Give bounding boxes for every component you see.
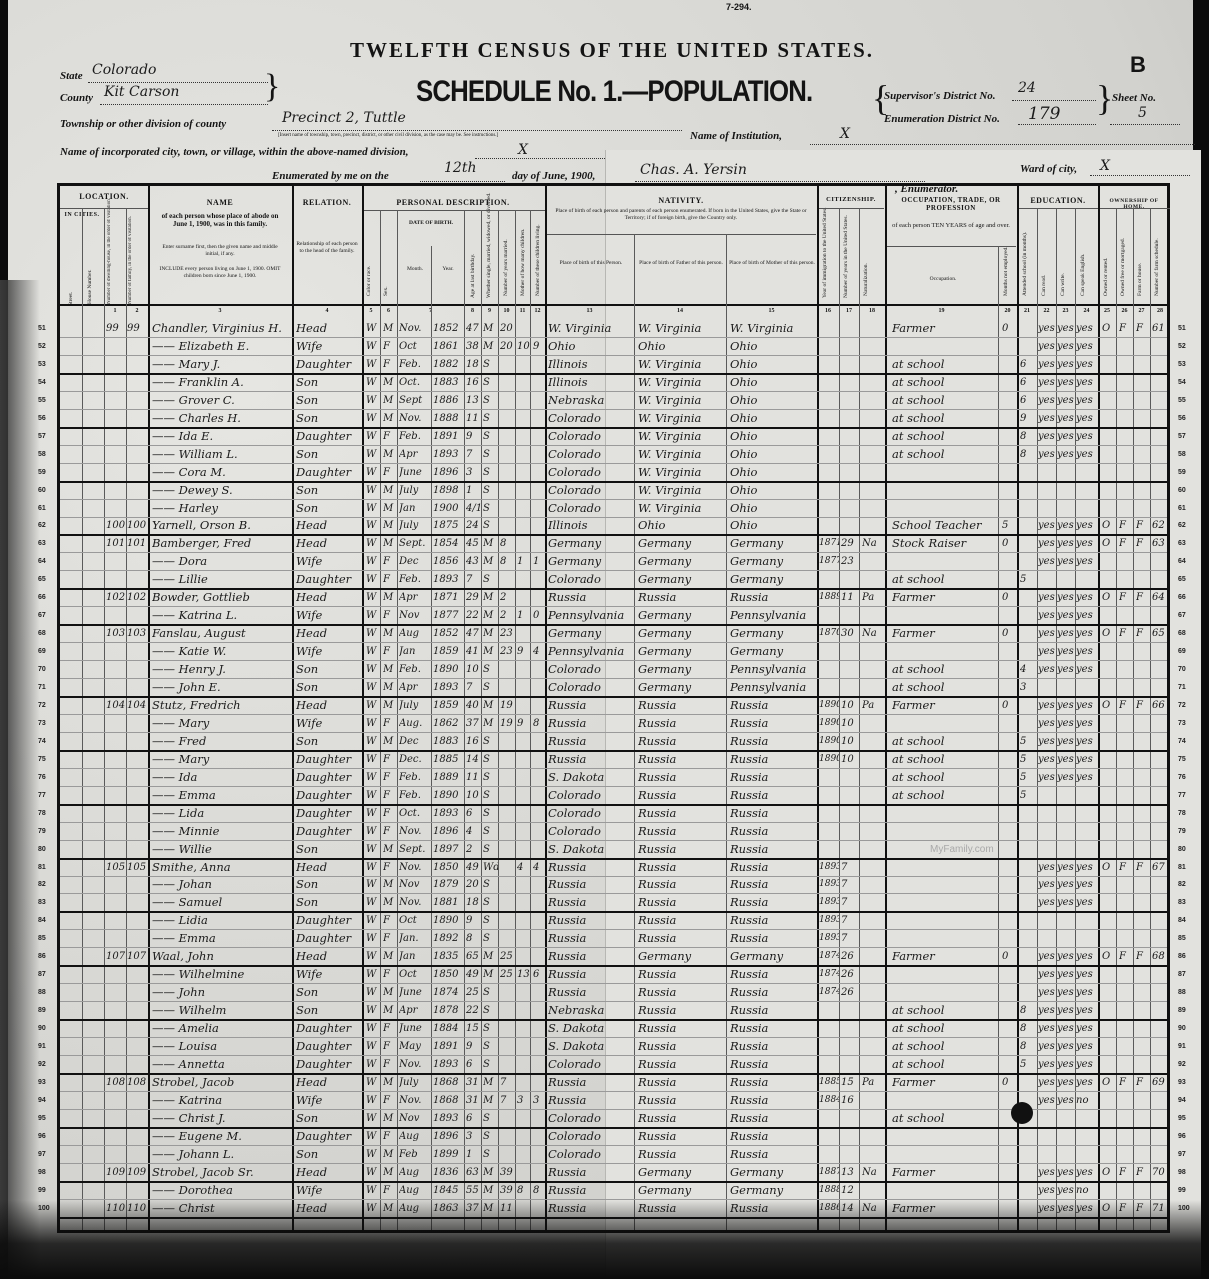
naturalization: [862, 679, 885, 696]
line-number: 85: [1178, 935, 1186, 942]
can-write: [1057, 912, 1075, 929]
can-write: yes: [1057, 1074, 1075, 1091]
line-number: 52: [38, 343, 46, 350]
birth-month: Aug: [399, 1164, 431, 1181]
can-speak-english: yes: [1076, 751, 1098, 768]
birthplace: Colorado: [548, 661, 634, 678]
dwelling-number: 105: [106, 859, 126, 876]
mother-of: [517, 356, 530, 373]
mother-of: [517, 1110, 530, 1127]
months-not-employed: [1002, 966, 1017, 983]
can-write: [1057, 841, 1075, 858]
mother-of: 8: [517, 1182, 530, 1199]
sex: F: [383, 912, 397, 929]
family-number: [127, 661, 148, 678]
mother-birthplace: Russia: [730, 1002, 816, 1019]
school-months: [1020, 1128, 1037, 1145]
age: 47: [466, 320, 481, 337]
marital-status: S: [483, 769, 498, 786]
line-number: 79: [38, 828, 46, 835]
mother-birthplace: Ohio: [730, 464, 816, 481]
birthplace: S. Dakota: [548, 841, 634, 858]
can-speak-english: yes: [1076, 859, 1098, 876]
line-number: 60: [1178, 487, 1186, 494]
county-value: Kit Carson: [104, 84, 179, 100]
free-or-mortgaged: F: [1119, 535, 1133, 552]
can-speak-english: [1076, 464, 1098, 481]
table-row: 105 105 Smithe, Anna Head W F Nov. 1850 …: [60, 859, 1167, 877]
table-row: —— Wilhelm Son W M Apr 1878 22 S Nebrask…: [60, 1002, 1167, 1021]
line-number: 72: [1178, 702, 1186, 709]
age: 65: [466, 948, 481, 965]
years-married: [500, 823, 515, 840]
farm-schedule-number: [1152, 500, 1170, 517]
dwelling-number: [106, 410, 126, 427]
father-birthplace: Russia: [638, 894, 726, 911]
birthplace: Nebraska: [548, 1002, 634, 1019]
farm-or-house: [1136, 751, 1150, 768]
months-not-employed: 0: [1002, 697, 1017, 714]
school-months: [1020, 823, 1037, 840]
age: 15: [466, 1020, 481, 1037]
institution-label: Name of Institution,: [690, 130, 782, 142]
relation: Wife: [296, 643, 362, 660]
line-number: 88: [1178, 989, 1186, 996]
mother-of: [517, 374, 530, 391]
mother-birthplace: Russia: [730, 589, 816, 606]
free-or-mortgaged: F: [1119, 859, 1133, 876]
years-in-us: 10: [841, 697, 859, 714]
education-divider: [1018, 208, 1170, 209]
can-speak-english: yes: [1076, 428, 1098, 445]
mother-of: [517, 1002, 530, 1019]
children-living: [533, 912, 545, 929]
farm-schedule-number: [1152, 374, 1170, 391]
person-name: —— Mary: [152, 751, 292, 768]
dwelling-number: [106, 428, 126, 445]
mother-of: [517, 751, 530, 768]
column-number: 24: [1075, 308, 1098, 314]
birth-year: 1854: [433, 535, 464, 552]
table-row: —— Louisa Daughter W F May 1891 9 S S. D…: [60, 1038, 1167, 1056]
father-birthplace: W. Virginia: [638, 500, 726, 517]
line-number: 56: [38, 415, 46, 422]
children-living: [533, 517, 545, 534]
sex: M: [383, 1110, 397, 1127]
line-number: 92: [1178, 1061, 1186, 1068]
column-number: 28: [1150, 308, 1170, 314]
marital-status: S: [483, 392, 498, 409]
birth-month: Feb: [399, 1146, 431, 1163]
birthplace: Nebraska: [548, 392, 634, 409]
scan-shadow: [0, 1200, 1209, 1279]
can-write: yes: [1057, 859, 1075, 876]
mother-of: [517, 769, 530, 786]
color: W: [366, 500, 380, 517]
immigration-year: 1888: [819, 1182, 839, 1199]
age: 31: [466, 1092, 481, 1109]
sex: M: [383, 482, 397, 499]
can-speak-english: yes: [1076, 1038, 1098, 1055]
birth-month: Nov: [399, 607, 431, 624]
children-living: [533, 661, 545, 678]
occupation: at school: [892, 410, 998, 427]
father-birthplace: Russia: [638, 751, 726, 768]
color: W: [366, 1128, 380, 1145]
children-living: [533, 733, 545, 750]
occupation: Farmer: [892, 948, 998, 965]
can-speak-english: [1076, 1146, 1098, 1163]
can-read: [1038, 1146, 1056, 1163]
population-table: LOCATION. IN CITIES. Street. House Numbe…: [57, 183, 1170, 1233]
age: 4/12: [466, 500, 481, 517]
dwelling-number: [106, 553, 126, 570]
mother-of: [517, 661, 530, 678]
farm-schedule-number: 68: [1152, 948, 1170, 965]
can-write: [1057, 823, 1075, 840]
can-write: [1057, 1110, 1075, 1127]
person-name: —— Amelia: [152, 1020, 292, 1037]
occupation: [892, 553, 998, 570]
birthplace: Colorado: [548, 823, 634, 840]
children-living: [533, 392, 545, 409]
mother-of: [517, 1038, 530, 1055]
sex: F: [383, 1038, 397, 1055]
birth-year: 1893: [433, 679, 464, 696]
can-speak-english: yes: [1076, 553, 1098, 570]
dwelling-number: 101: [106, 535, 126, 552]
birth-month: Jan: [399, 948, 431, 965]
age: 4: [466, 823, 481, 840]
birth-month: July: [399, 1074, 431, 1091]
can-write: [1057, 571, 1075, 588]
school-months: 8: [1020, 446, 1037, 463]
can-speak-english: yes: [1076, 374, 1098, 391]
person-name: —— Fred: [152, 733, 292, 750]
can-read: yes: [1038, 607, 1056, 624]
marital-status: S: [483, 374, 498, 391]
table-row: 104 104 Stutz, Fredrich Head W M July 18…: [60, 697, 1167, 715]
children-living: 9: [533, 338, 545, 355]
mother-of: 1: [517, 553, 530, 570]
person-name: —— Katrina L.: [152, 607, 292, 624]
sex: M: [383, 625, 397, 642]
farm-house-header: Farm or house.: [1137, 246, 1143, 296]
free-or-mortgaged: [1119, 1128, 1133, 1145]
age: 25: [466, 984, 481, 1001]
column-number: 25: [1098, 308, 1116, 314]
school-months: [1020, 338, 1037, 355]
farm-or-house: [1136, 643, 1150, 660]
person-name: Strobel, Jacob: [152, 1074, 292, 1091]
family-number: 104: [127, 697, 148, 714]
person-name: —— John: [152, 984, 292, 1001]
free-or-mortgaged: F: [1119, 320, 1133, 337]
months-not-employed: [1002, 661, 1017, 678]
dwelling-number: 109: [106, 1164, 126, 1181]
farm-schedule-number: [1152, 984, 1170, 1001]
supervisor-line: [1012, 100, 1096, 101]
owned-or-rented: [1102, 733, 1116, 750]
family-number: [127, 769, 148, 786]
free-or-mortgaged: [1119, 841, 1133, 858]
can-read: yes: [1038, 1092, 1056, 1109]
owned-or-rented: [1102, 392, 1116, 409]
age: 10: [466, 787, 481, 804]
farm-or-house: [1136, 1092, 1150, 1109]
marital-status: S: [483, 733, 498, 750]
birth-month: Oct: [399, 966, 431, 983]
enumerator-line: [635, 181, 925, 182]
person-name: —— William L.: [152, 446, 292, 463]
farm-or-house: [1136, 661, 1150, 678]
mother-of: 9: [517, 643, 530, 660]
birth-month: Feb.: [399, 787, 431, 804]
birthplace: Colorado: [548, 428, 634, 445]
birth-month: Oct: [399, 338, 431, 355]
dwelling-number: [106, 984, 126, 1001]
farm-or-house: [1136, 571, 1150, 588]
color: W: [366, 535, 380, 552]
birthplace: Colorado: [548, 1146, 634, 1163]
sex: F: [383, 805, 397, 822]
dwelling-number: [106, 1092, 126, 1109]
can-speak-english: yes: [1076, 876, 1098, 893]
owned-or-rented: [1102, 1128, 1116, 1145]
line-number: 77: [38, 792, 46, 799]
mother-birthplace: Russia: [730, 1146, 816, 1163]
institution-value: X: [840, 126, 850, 142]
marital-status: S: [483, 1128, 498, 1145]
school-months: [1020, 482, 1037, 499]
relation: Son: [296, 446, 362, 463]
years-married: 7: [500, 1074, 515, 1091]
months-not-employed: [1002, 428, 1017, 445]
mother-birthplace: Russia: [730, 1020, 816, 1037]
mother-of: [517, 392, 530, 409]
farm-schedule-number: 61: [1152, 320, 1170, 337]
line-number: 89: [1178, 1007, 1186, 1014]
free-or-mortgaged: [1119, 679, 1133, 696]
occupation: at school: [892, 571, 998, 588]
line-number: 81: [1178, 864, 1186, 871]
years-married: 2: [500, 607, 515, 624]
naturalization: [862, 446, 885, 463]
can-write: yes: [1057, 589, 1075, 606]
person-name: —— Lida: [152, 805, 292, 822]
marital-status: S: [483, 464, 498, 481]
color: W: [366, 733, 380, 750]
owned-or-rented: [1102, 500, 1116, 517]
farm-or-house: [1136, 733, 1150, 750]
years-married: [500, 571, 515, 588]
person-name: —— Franklin A.: [152, 374, 292, 391]
school-months: [1020, 697, 1037, 714]
can-speak-english: yes: [1076, 356, 1098, 373]
dwelling-number: [106, 733, 126, 750]
occupation: [892, 500, 998, 517]
occupation: [892, 876, 998, 893]
dwelling-number: 108: [106, 1074, 126, 1091]
sex: F: [383, 1182, 397, 1199]
children-living: 3: [533, 1092, 545, 1109]
column-number: 16: [817, 308, 839, 314]
person-name: Yarnell, Orson B.: [152, 517, 292, 534]
free-or-mortgaged: F: [1119, 948, 1133, 965]
family-number: [127, 751, 148, 768]
farm-schedule-number: [1152, 643, 1170, 660]
birth-month: Nov.: [399, 894, 431, 911]
mother-birthplace: Russia: [730, 1038, 816, 1055]
father-birthplace: Ohio: [638, 338, 726, 355]
immigration-year: 1893: [819, 876, 839, 893]
person-name: —— Mary J.: [152, 356, 292, 373]
years-in-us: 16: [841, 1092, 859, 1109]
color: W: [366, 751, 380, 768]
months-not-employed: [1002, 1128, 1017, 1145]
farm-schedule-number: [1152, 1020, 1170, 1037]
person-name: —— Louisa: [152, 1038, 292, 1055]
sex: F: [383, 930, 397, 947]
naturalization: [862, 517, 885, 534]
table-row: —— Ida Daughter W F Feb. 1889 11 S S. Da…: [60, 769, 1167, 787]
enumeration-line: [1018, 124, 1096, 125]
occupation: at school: [892, 1110, 998, 1127]
school-months: 8: [1020, 1002, 1037, 1019]
immigration-year: [819, 446, 839, 463]
occupation: at school: [892, 374, 998, 391]
free-or-mortgaged: [1119, 894, 1133, 911]
person-name: —— Eugene M.: [152, 1128, 292, 1145]
age: 9: [466, 428, 481, 445]
children-living: [533, 535, 545, 552]
family-number: 100: [127, 517, 148, 534]
father-birthplace: Russia: [638, 769, 726, 786]
color: W: [366, 338, 380, 355]
dwelling-number: [106, 446, 126, 463]
name-note-1: Enter surname first, then the given name…: [155, 244, 285, 257]
line-number: 60: [38, 487, 46, 494]
free-or-mortgaged: [1119, 464, 1133, 481]
pob-person-header: Place of birth of this Person.: [548, 260, 634, 267]
age: 18: [466, 894, 481, 911]
immigration-year: [819, 1020, 839, 1037]
can-read: [1038, 679, 1056, 696]
owned-or-rented: [1102, 428, 1116, 445]
immigration-year: 1887: [819, 1164, 839, 1181]
dwelling-number: [106, 930, 126, 947]
column-number: 10: [498, 308, 515, 314]
farm-schedule-number: [1152, 446, 1170, 463]
owned-or-rented: O: [1102, 1164, 1116, 1181]
occupation: Farmer: [892, 589, 998, 606]
person-name: —— Mary: [152, 715, 292, 732]
line-number: 78: [1178, 810, 1186, 817]
immigration-year: 1889: [819, 589, 839, 606]
owned-or-rented: O: [1102, 1074, 1116, 1091]
family-number: [127, 966, 148, 983]
naturalization: [862, 1038, 885, 1055]
mother-birthplace: Russia: [730, 876, 816, 893]
birth-year: 1890: [433, 661, 464, 678]
can-speak-english: [1076, 930, 1098, 947]
line-number: 92: [38, 1061, 46, 1068]
years-married: [500, 894, 515, 911]
immigration-year: [819, 679, 839, 696]
children-living: [533, 823, 545, 840]
can-write: [1057, 930, 1075, 947]
sex: M: [383, 589, 397, 606]
family-number: [127, 571, 148, 588]
can-write: yes: [1057, 769, 1075, 786]
can-write: yes: [1057, 410, 1075, 427]
marital-status: M: [483, 1074, 498, 1091]
occupation-col-header: Occupation.: [888, 276, 998, 283]
line-number: 75: [38, 756, 46, 763]
birthplace: Russia: [548, 733, 634, 750]
free-or-mortgaged: [1119, 661, 1133, 678]
immigration-year: [819, 823, 839, 840]
dwelling-number: [106, 571, 126, 588]
years-married: [500, 1002, 515, 1019]
can-read: yes: [1038, 356, 1056, 373]
marital-status: M: [483, 589, 498, 606]
table-row: —— Grover C. Son W M Sept 1886 13 S Nebr…: [60, 392, 1167, 410]
can-speak-english: yes: [1076, 320, 1098, 337]
can-speak-english: yes: [1076, 1020, 1098, 1037]
family-number: [127, 374, 148, 391]
mother-birthplace: Germany: [730, 1164, 816, 1181]
can-write: yes: [1057, 1056, 1075, 1073]
table-row: —— John Son W M June 1874 25 S Russia Ru…: [60, 984, 1167, 1002]
children-living: [533, 930, 545, 947]
years-in-us: [841, 1110, 859, 1127]
can-write: yes: [1057, 320, 1075, 337]
age: 24: [466, 517, 481, 534]
dwelling-number: [106, 1020, 126, 1037]
father-birthplace: Russia: [638, 984, 726, 1001]
can-speak-english: yes: [1076, 643, 1098, 660]
birthplace: Russia: [548, 1092, 634, 1109]
children-living: [533, 876, 545, 893]
marital-status: M: [483, 338, 498, 355]
watermark: MyFamily.com: [930, 844, 994, 855]
birth-year: 1896: [433, 823, 464, 840]
farm-schedule-number: [1152, 1092, 1170, 1109]
age: 3: [466, 1128, 481, 1145]
supervisor-value: 24: [1018, 80, 1036, 96]
father-birthplace: Russia: [638, 912, 726, 929]
owned-or-rented: [1102, 464, 1116, 481]
birth-month: Jan: [399, 500, 431, 517]
farm-schedule-number: [1152, 553, 1170, 570]
mother-of: [517, 948, 530, 965]
immigration-year: [819, 517, 839, 534]
birth-year: 1893: [433, 446, 464, 463]
farm-or-house: [1136, 553, 1150, 570]
family-number: [127, 841, 148, 858]
line-number: 90: [1178, 1025, 1186, 1032]
table-row: —— Samuel Son W M Nov. 1881 18 S Russia …: [60, 894, 1167, 913]
relation: Son: [296, 1110, 362, 1127]
line-number: 98: [38, 1169, 46, 1176]
farm-or-house: [1136, 894, 1150, 911]
dwelling-number: [106, 661, 126, 678]
free-or-mortgaged: [1119, 374, 1133, 391]
column-number: 27: [1133, 308, 1150, 314]
farm-or-house: [1136, 410, 1150, 427]
city-value: X: [518, 142, 528, 158]
